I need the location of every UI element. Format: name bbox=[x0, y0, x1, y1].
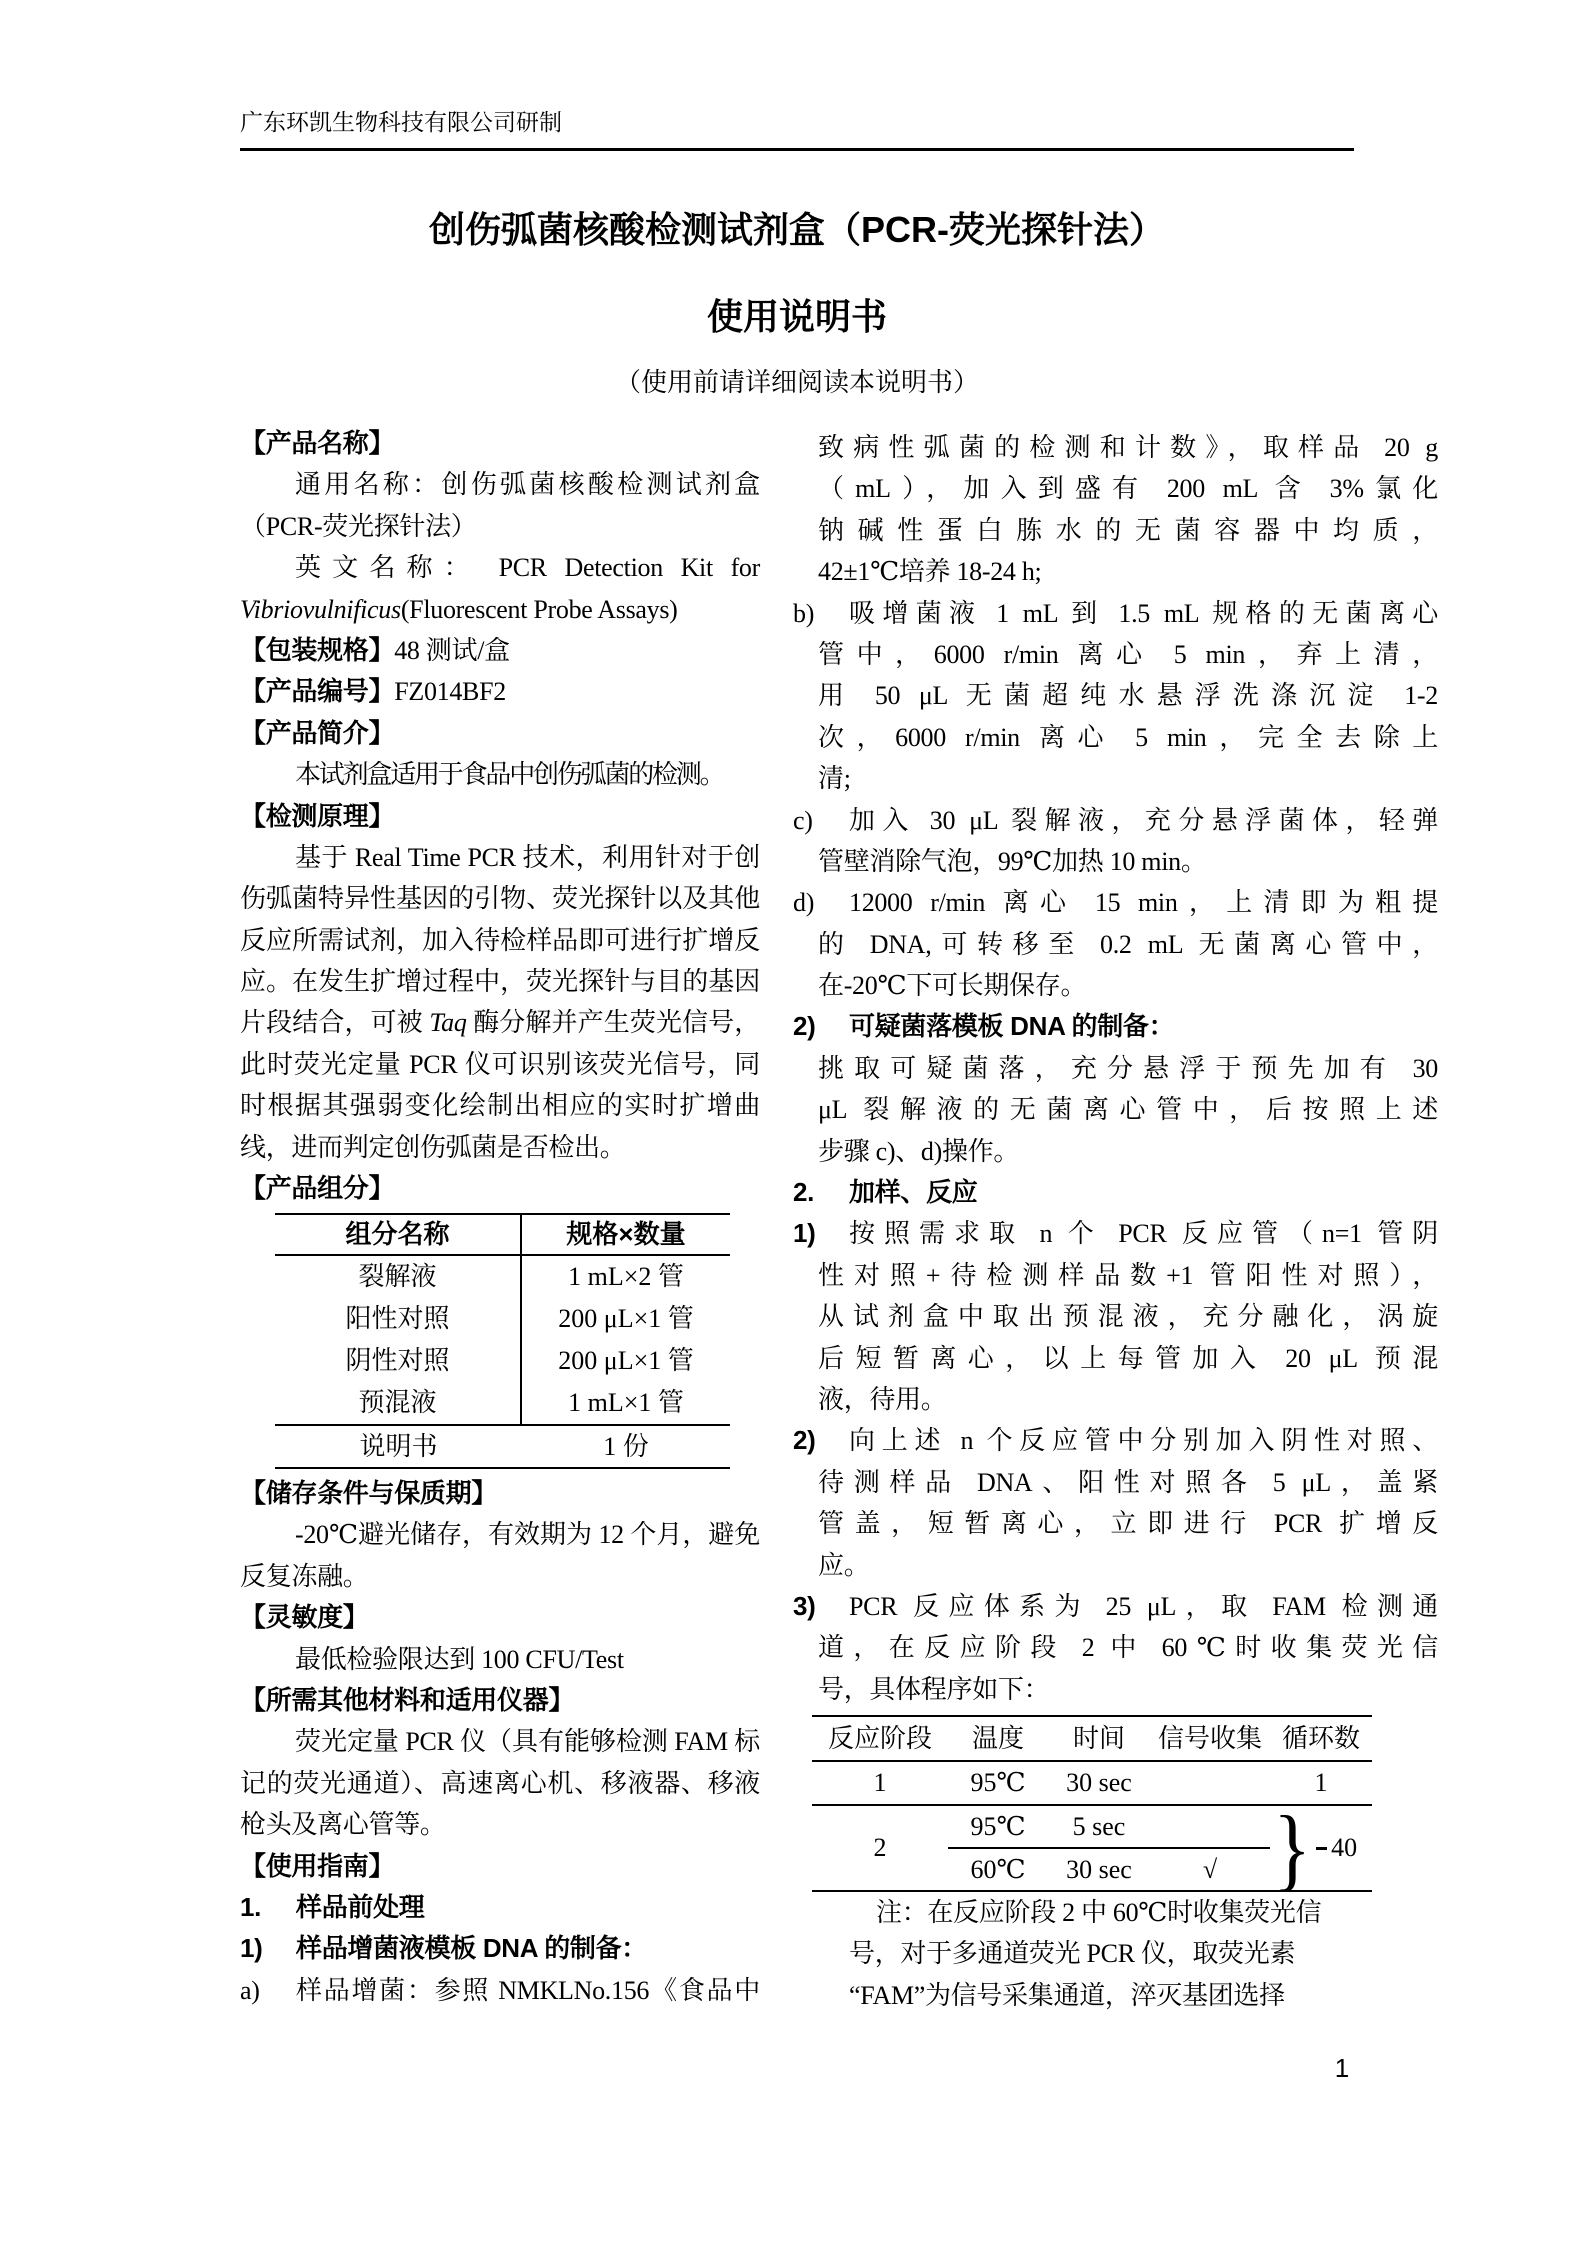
table-header-cell: 信号收集 bbox=[1150, 1717, 1270, 1760]
table-cell: 说明书 bbox=[275, 1426, 522, 1467]
table-cell: 2 bbox=[812, 1806, 948, 1890]
table-cell: 1 bbox=[812, 1762, 948, 1804]
text-line: 液，待用。 bbox=[793, 1379, 1438, 1420]
text-line: 管壁消除气泡，99℃加热 10 min。 bbox=[793, 841, 1438, 882]
text-segment: 酶分解并产生荧光信号， bbox=[467, 1008, 760, 1037]
right-column-notes: 注：在反应阶段 2 中 60℃时收集荧光信号，对于多通道荧光 PCR 仪，取荧光… bbox=[793, 1892, 1438, 2016]
text-segment: 48 测试/盒 bbox=[394, 636, 510, 665]
list-item-text: 加样、反应 bbox=[849, 1172, 1438, 1213]
table-cell: 95℃ bbox=[948, 1762, 1048, 1804]
text-line: 管中，6000 r/min 离心 5 min，弃上清， bbox=[793, 634, 1438, 675]
text-line: （mL），加入到盛有 200 mL 含 3%氯化 bbox=[793, 468, 1438, 509]
table-cell: 30 sec bbox=[1048, 1762, 1150, 1804]
list-item-text: PCR 反应体系为 25 μL，取 FAM 检测通 bbox=[849, 1586, 1438, 1627]
text-line: 基于 Real Time PCR 技术，利用针对于创 bbox=[240, 837, 760, 878]
text-line: 【包装规格】48 测试/盒 bbox=[240, 630, 760, 671]
table-row: 阳性对照 200 μL×1 管 bbox=[275, 1298, 730, 1340]
doc-notice: （使用前请详细阅读本说明书） bbox=[240, 365, 1354, 401]
text-line: 【产品编号】FZ014BF2 bbox=[240, 671, 760, 712]
left-column-bottom: 【储存条件与保质期】-20℃避光储存，有效期为 12 个月，避免反复冻融。【灵敏… bbox=[240, 1473, 760, 2011]
text-line: 记的荧光通道）、高速离心机、移液器、移液 bbox=[240, 1763, 760, 1804]
text-line: 步骤 c)、d)操作。 bbox=[793, 1131, 1438, 1172]
text-line: -20℃避光储存，有效期为 12 个月，避免 bbox=[240, 1514, 760, 1555]
list-item-text: 加入 30 μL 裂解液，充分悬浮菌体，轻弹 bbox=[849, 800, 1438, 841]
text-line: 枪头及离心管等。 bbox=[240, 1804, 760, 1845]
text-line: 应。在发生扩增过程中，荧光探针与目的基因 bbox=[240, 961, 760, 1002]
text-line: b)吸增菌液 1 mL 到 1.5 mL 规格的无菌离心 bbox=[793, 593, 1438, 634]
text-line: 致病性弧菌的检测和计数》，取样品 20 g bbox=[793, 427, 1438, 468]
text-line: 1)样品增菌液模板 DNA 的制备： bbox=[240, 1928, 760, 1969]
text-line: 42±1℃培养 18-24 h; bbox=[793, 551, 1438, 592]
stage2-subrows: 95℃ 5 sec 60℃ 30 sec √ bbox=[948, 1806, 1270, 1890]
text-line: 用 50 μL 无菌超纯水悬浮洗涤沉淀 1-2 bbox=[793, 675, 1438, 716]
text-line: 片段结合，可被 Taq 酶分解并产生荧光信号， bbox=[240, 1002, 760, 1043]
list-marker: 2) bbox=[793, 1420, 849, 1461]
table-header-cell: 反应阶段 bbox=[812, 1717, 948, 1760]
list-marker: 2) bbox=[793, 1006, 849, 1047]
text-line: 从试剂盒中取出预混液，充分融化，涡旋 bbox=[793, 1296, 1438, 1337]
page-number: 1 bbox=[1326, 2048, 1358, 2088]
list-marker: a) bbox=[240, 1970, 296, 2011]
section-heading: 【灵敏度】 bbox=[240, 1597, 760, 1638]
list-marker: 1) bbox=[793, 1213, 849, 1254]
table-row: 预混液 1 mL×1 管 bbox=[275, 1382, 730, 1424]
text-line: 清; bbox=[793, 758, 1438, 799]
list-marker: b) bbox=[793, 593, 849, 634]
cycles-value: 40 bbox=[1331, 1833, 1357, 1863]
text-line: c)加入 30 μL 裂解液，充分悬浮菌体，轻弹 bbox=[793, 800, 1438, 841]
list-item-text: 样品增菌液模板 DNA 的制备： bbox=[296, 1928, 760, 1969]
text-line: “FAM”为信号采集通道，淬灭基团选择 bbox=[793, 1975, 1438, 2016]
text-line: μL 裂解液的无菌离心管中，后按照上述 bbox=[793, 1089, 1438, 1130]
list-marker: 1) bbox=[240, 1928, 296, 1969]
list-marker: 2. bbox=[793, 1172, 849, 1213]
list-marker: d) bbox=[793, 882, 849, 923]
section-heading: 【检测原理】 bbox=[240, 796, 760, 837]
text-line: 1.样品前处理 bbox=[240, 1887, 760, 1928]
text-line: 此时荧光定量 PCR 仪可识别该荧光信号，同 bbox=[240, 1044, 760, 1085]
text-line: Vibriovulnificus(Fluorescent Probe Assay… bbox=[240, 589, 760, 630]
table-header-cell: 温度 bbox=[948, 1717, 1048, 1760]
table-header-cell: 时间 bbox=[1048, 1717, 1150, 1760]
pcr-program-table: 反应阶段 温度 时间 信号收集 循环数 1 95℃ 30 sec 1 2 95℃… bbox=[812, 1715, 1372, 1892]
text-line: 英文名称： PCR Detection Kit for bbox=[240, 547, 760, 588]
table-header-cell: 规格×数量 bbox=[522, 1215, 730, 1254]
table-cell: 95℃ bbox=[948, 1806, 1048, 1847]
table-row: 2 95℃ 5 sec 60℃ 30 sec √ } 40 bbox=[812, 1806, 1372, 1890]
text-segment: 【包装规格】 bbox=[240, 635, 394, 665]
text-line: 后短暂离心，以上每管加入 20 μL 预混 bbox=[793, 1338, 1438, 1379]
header-company: 广东环凯生物科技有限公司研制 bbox=[240, 106, 940, 140]
text-line: 应。 bbox=[793, 1545, 1438, 1586]
right-column: 致病性弧菌的检测和计数》，取样品 20 g（mL），加入到盛有 200 mL 含… bbox=[793, 427, 1438, 1710]
list-item-text: 样品增菌：参照 NMKLNo.156《食品中 bbox=[296, 1970, 760, 2011]
text-line: 通用名称：创伤弧菌核酸检测试剂盒 bbox=[240, 464, 760, 505]
list-item-text: 样品前处理 bbox=[296, 1887, 760, 1928]
text-line: 反应所需试剂，加入待检样品即可进行扩增反 bbox=[240, 920, 760, 961]
text-line: 时根据其强弱变化绘制出相应的实时扩增曲 bbox=[240, 1085, 760, 1126]
text-line: 2)向上述 n 个反应管中分别加入阴性对照、 bbox=[793, 1420, 1438, 1461]
text-line: 伤弧菌特异性基因的引物、荧光探针以及其他 bbox=[240, 878, 760, 919]
section-heading: 【产品简介】 bbox=[240, 713, 760, 754]
text-segment: 片段结合，可被 bbox=[240, 1008, 429, 1037]
text-segment: Vibriovulnificus bbox=[240, 595, 401, 624]
text-segment: Taq bbox=[429, 1008, 466, 1037]
text-line: 钠碱性蛋白胨水的无菌容器中均质， bbox=[793, 510, 1438, 551]
text-segment: (Fluorescent Probe Assays) bbox=[401, 595, 678, 624]
table-header-row: 组分名称 规格×数量 bbox=[275, 1215, 730, 1256]
text-line: 管盖，短暂离心，立即进行 PCR 扩增反 bbox=[793, 1503, 1438, 1544]
left-column-top: 【产品名称】通用名称：创伤弧菌核酸检测试剂盒（PCR-荧光探针法）英文名称： P… bbox=[240, 423, 760, 1209]
text-line: 注：在反应阶段 2 中 60℃时收集荧光信 bbox=[793, 1892, 1438, 1933]
table-cell: 阴性对照 bbox=[275, 1340, 522, 1382]
text-line: 性对照+待检测样品数+1 管阳性对照）， bbox=[793, 1255, 1438, 1296]
table-cell: 200 μL×1 管 bbox=[522, 1298, 730, 1340]
section-heading: 【使用指南】 bbox=[240, 1846, 760, 1887]
table-subrow: 60℃ 30 sec √ bbox=[948, 1849, 1270, 1890]
text-line: 荧光定量 PCR 仪（具有能够检测 FAM 标 bbox=[240, 1721, 760, 1762]
text-segment: 【产品编号】 bbox=[240, 676, 394, 706]
table-cell bbox=[1150, 1806, 1270, 1847]
list-marker: c) bbox=[793, 800, 849, 841]
table-cell: 阳性对照 bbox=[275, 1298, 522, 1340]
list-marker: 1. bbox=[240, 1887, 296, 1928]
list-item-text: 按照需求取 n 个 PCR 反应管（n=1 管阴 bbox=[849, 1213, 1438, 1254]
text-line: 次，6000 r/min 离心 5 min，完全去除上 bbox=[793, 717, 1438, 758]
table-row: 说明书 1 份 bbox=[275, 1424, 730, 1467]
table-cell: 预混液 bbox=[275, 1382, 522, 1424]
table-cell: 30 sec bbox=[1048, 1849, 1150, 1890]
section-heading: 【产品名称】 bbox=[240, 423, 760, 464]
table-cell: 60℃ bbox=[948, 1849, 1048, 1890]
text-line: 2.加样、反应 bbox=[793, 1172, 1438, 1213]
section-heading: 【所需其他材料和适用仪器】 bbox=[240, 1680, 760, 1721]
text-line: 的 DNA,可转移至 0.2 mL 无菌离心管中， bbox=[793, 924, 1438, 965]
list-marker: 3) bbox=[793, 1586, 849, 1627]
header-rule bbox=[240, 148, 1354, 151]
list-item-text: 12000 r/min 离心 15 min，上清即为粗提 bbox=[849, 882, 1438, 923]
component-table: 组分名称 规格×数量 裂解液 1 mL×2 管 阳性对照 200 μL×1 管 … bbox=[275, 1213, 730, 1469]
text-line: 道，在反应阶段 2 中 60℃时收集荧光信 bbox=[793, 1627, 1438, 1668]
doc-subtitle: 使用说明书 bbox=[240, 293, 1354, 341]
table-cell: 裂解液 bbox=[275, 1256, 522, 1298]
text-line: 3)PCR 反应体系为 25 μL，取 FAM 检测通 bbox=[793, 1586, 1438, 1627]
text-line: 2)可疑菌落模板 DNA 的制备： bbox=[793, 1006, 1438, 1047]
text-line: 号，具体程序如下： bbox=[793, 1669, 1438, 1710]
text-line: 1)按照需求取 n 个 PCR 反应管（n=1 管阴 bbox=[793, 1213, 1438, 1254]
text-line: 反复冻融。 bbox=[240, 1556, 760, 1597]
table-subrow: 95℃ 5 sec bbox=[948, 1806, 1270, 1847]
brace-dash bbox=[1316, 1847, 1327, 1850]
text-line: 号，对于多通道荧光 PCR 仪，取荧光素 bbox=[793, 1933, 1438, 1974]
list-item-text: 可疑菌落模板 DNA 的制备： bbox=[849, 1006, 1438, 1047]
list-item-text: 吸增菌液 1 mL 到 1.5 mL 规格的无菌离心 bbox=[849, 593, 1438, 634]
page: 广东环凯生物科技有限公司研制 创伤弧菌核酸检测试剂盒（PCR-荧光探针法） 使用… bbox=[0, 0, 1587, 2245]
text-line: a)样品增菌：参照 NMKLNo.156《食品中 bbox=[240, 1970, 760, 2011]
curly-brace-icon: } bbox=[1273, 1806, 1311, 1890]
table-cell bbox=[1150, 1762, 1270, 1804]
table-header-cell: 循环数 bbox=[1270, 1717, 1372, 1760]
table-cell: 5 sec bbox=[1048, 1806, 1150, 1847]
table-cell: 1 mL×2 管 bbox=[522, 1256, 730, 1298]
text-line: 最低检验限达到 100 CFU/Test bbox=[240, 1639, 760, 1680]
table-row: 阴性对照 200 μL×1 管 bbox=[275, 1340, 730, 1382]
text-line: 待测样品 DNA、阳性对照各 5 μL，盖紧 bbox=[793, 1462, 1438, 1503]
text-line: 挑取可疑菌落，充分悬浮于预先加有 30 bbox=[793, 1048, 1438, 1089]
cycles-group: } 40 bbox=[1270, 1806, 1372, 1890]
section-heading: 【储存条件与保质期】 bbox=[240, 1473, 760, 1514]
list-item-text: 向上述 n 个反应管中分别加入阴性对照、 bbox=[849, 1420, 1438, 1461]
table-cell: √ bbox=[1150, 1849, 1270, 1890]
text-line: 线，进而判定创伤弧菌是否检出。 bbox=[240, 1127, 760, 1168]
table-cell: 1 mL×1 管 bbox=[522, 1382, 730, 1424]
section-heading: 【产品组分】 bbox=[240, 1168, 760, 1209]
table-cell: 1 份 bbox=[522, 1426, 730, 1467]
text-line: （PCR-荧光探针法） bbox=[240, 506, 760, 547]
table-cell: 200 μL×1 管 bbox=[522, 1340, 730, 1382]
text-segment: FZ014BF2 bbox=[394, 677, 506, 706]
text-line: 在-20℃下可长期保存。 bbox=[793, 965, 1438, 1006]
text-line: 本试剂盒适用于食品中创伤弧菌的检测。 bbox=[240, 754, 760, 795]
table-header-cell: 组分名称 bbox=[275, 1215, 522, 1254]
doc-title: 创伤弧菌核酸检测试剂盒（PCR-荧光探针法） bbox=[240, 206, 1354, 254]
text-line: d)12000 r/min 离心 15 min，上清即为粗提 bbox=[793, 882, 1438, 923]
table-row: 裂解液 1 mL×2 管 bbox=[275, 1256, 730, 1298]
table-header-row: 反应阶段 温度 时间 信号收集 循环数 bbox=[812, 1717, 1372, 1762]
